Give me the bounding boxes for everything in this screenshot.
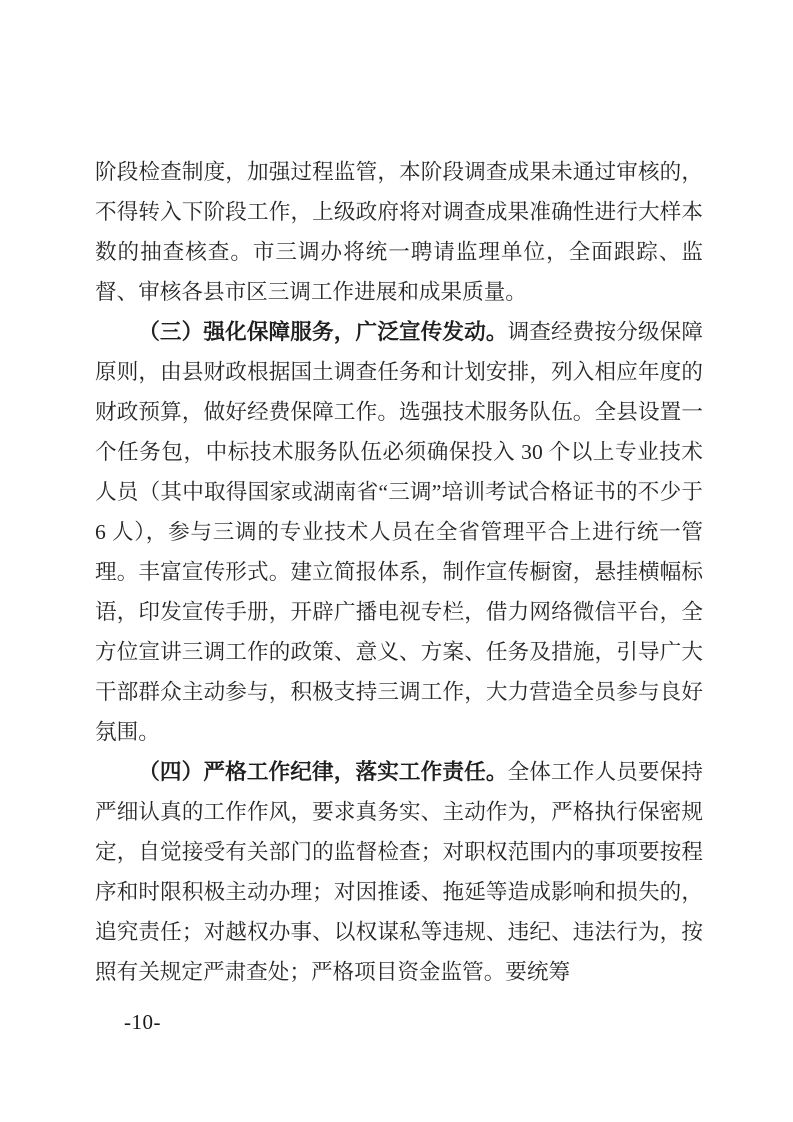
section-4-body: 全体工作人员要保持严细认真的工作作风，要求真务实、主动作为，严格执行保密规定，自… — [95, 760, 703, 984]
section-4-paragraph: （四）严格工作纪律，落实工作责任。全体工作人员要保持严细认真的工作作风，要求真务… — [95, 752, 703, 992]
section-4-heading: （四）严格工作纪律，落实工作责任。 — [138, 760, 507, 784]
document-body-text: 阶段检查制度，加强过程监管，本阶段调查成果未通过审核的，不得转入下阶段工作，上级… — [95, 152, 703, 992]
section-3-heading: （三）强化保障服务，广泛宣传发动。 — [138, 320, 507, 344]
section-3-body: 调查经费按分级保障原则，由县财政根据国土调查任务和计划安排，列入相应年度的财政预… — [95, 320, 703, 744]
page-number: -10- — [124, 1010, 161, 1034]
document-page: 阶段检查制度，加强过程监管，本阶段调查成果未通过审核的，不得转入下阶段工作，上级… — [0, 0, 793, 1122]
section-3-paragraph: （三）强化保障服务，广泛宣传发动。调查经费按分级保障原则，由县财政根据国土调查任… — [95, 312, 703, 752]
continued-paragraph: 阶段检查制度，加强过程监管，本阶段调查成果未通过审核的，不得转入下阶段工作，上级… — [95, 152, 703, 312]
